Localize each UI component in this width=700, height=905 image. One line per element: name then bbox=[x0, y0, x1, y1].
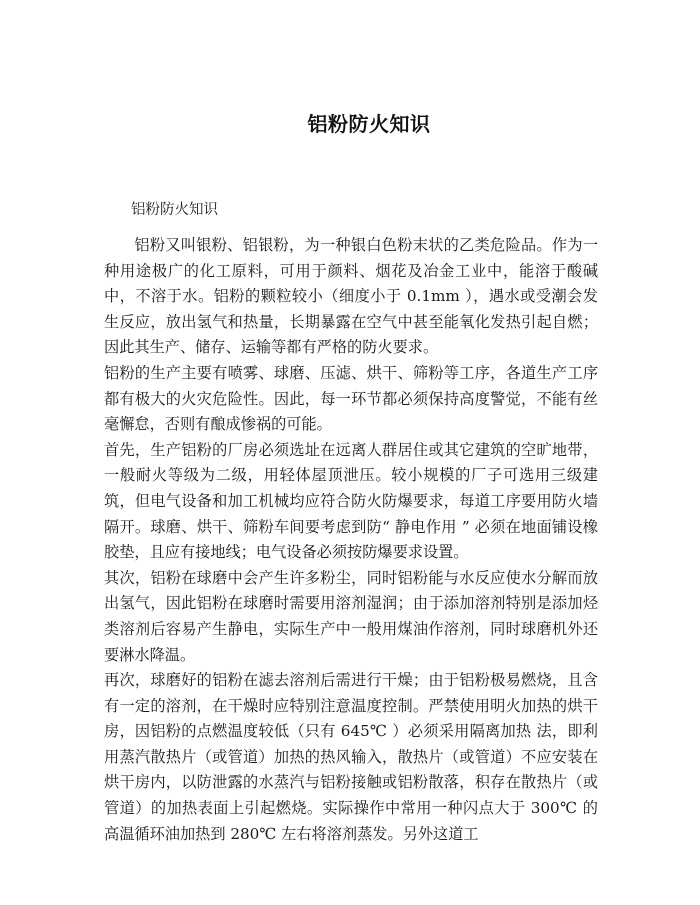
document-body: 铝粉又叫银粉、铝银粉，为一种银白色粉末状的乙类危险品。作为一种用途极广的化工原料… bbox=[104, 233, 598, 847]
paragraph-third: 再次，球磨好的铝粉在滤去溶剂后需进行干燥；由于铝粉极易燃烧，且含有一定的溶剂，在… bbox=[104, 668, 598, 847]
document-subtitle: 铝粉防火知识 bbox=[131, 198, 218, 219]
paragraph-first: 首先，生产铝粉的厂房必须选址在远离人群居住或其它建筑的空旷地带，一般耐火等级为二… bbox=[104, 438, 598, 566]
paragraph-second: 其次，铝粉在球磨中会产生许多粉尘，同时铝粉能与水反应使水分解而放出氢气，因此铝粉… bbox=[104, 566, 598, 668]
document-page: 铝粉防火知识 铝粉防火知识 铝粉又叫银粉、铝银粉，为一种银白色粉末状的乙类危险品… bbox=[0, 0, 700, 905]
paragraph-intro: 铝粉又叫银粉、铝银粉，为一种银白色粉末状的乙类危险品。作为一种用途极广的化工原料… bbox=[104, 233, 598, 361]
paragraph-production: 铝粉的生产主要有喷雾、球磨、压滤、烘干、筛粉等工序，各道生产工序都有极大的火灾危… bbox=[104, 361, 598, 438]
document-title: 铝粉防火知识 bbox=[0, 108, 700, 137]
